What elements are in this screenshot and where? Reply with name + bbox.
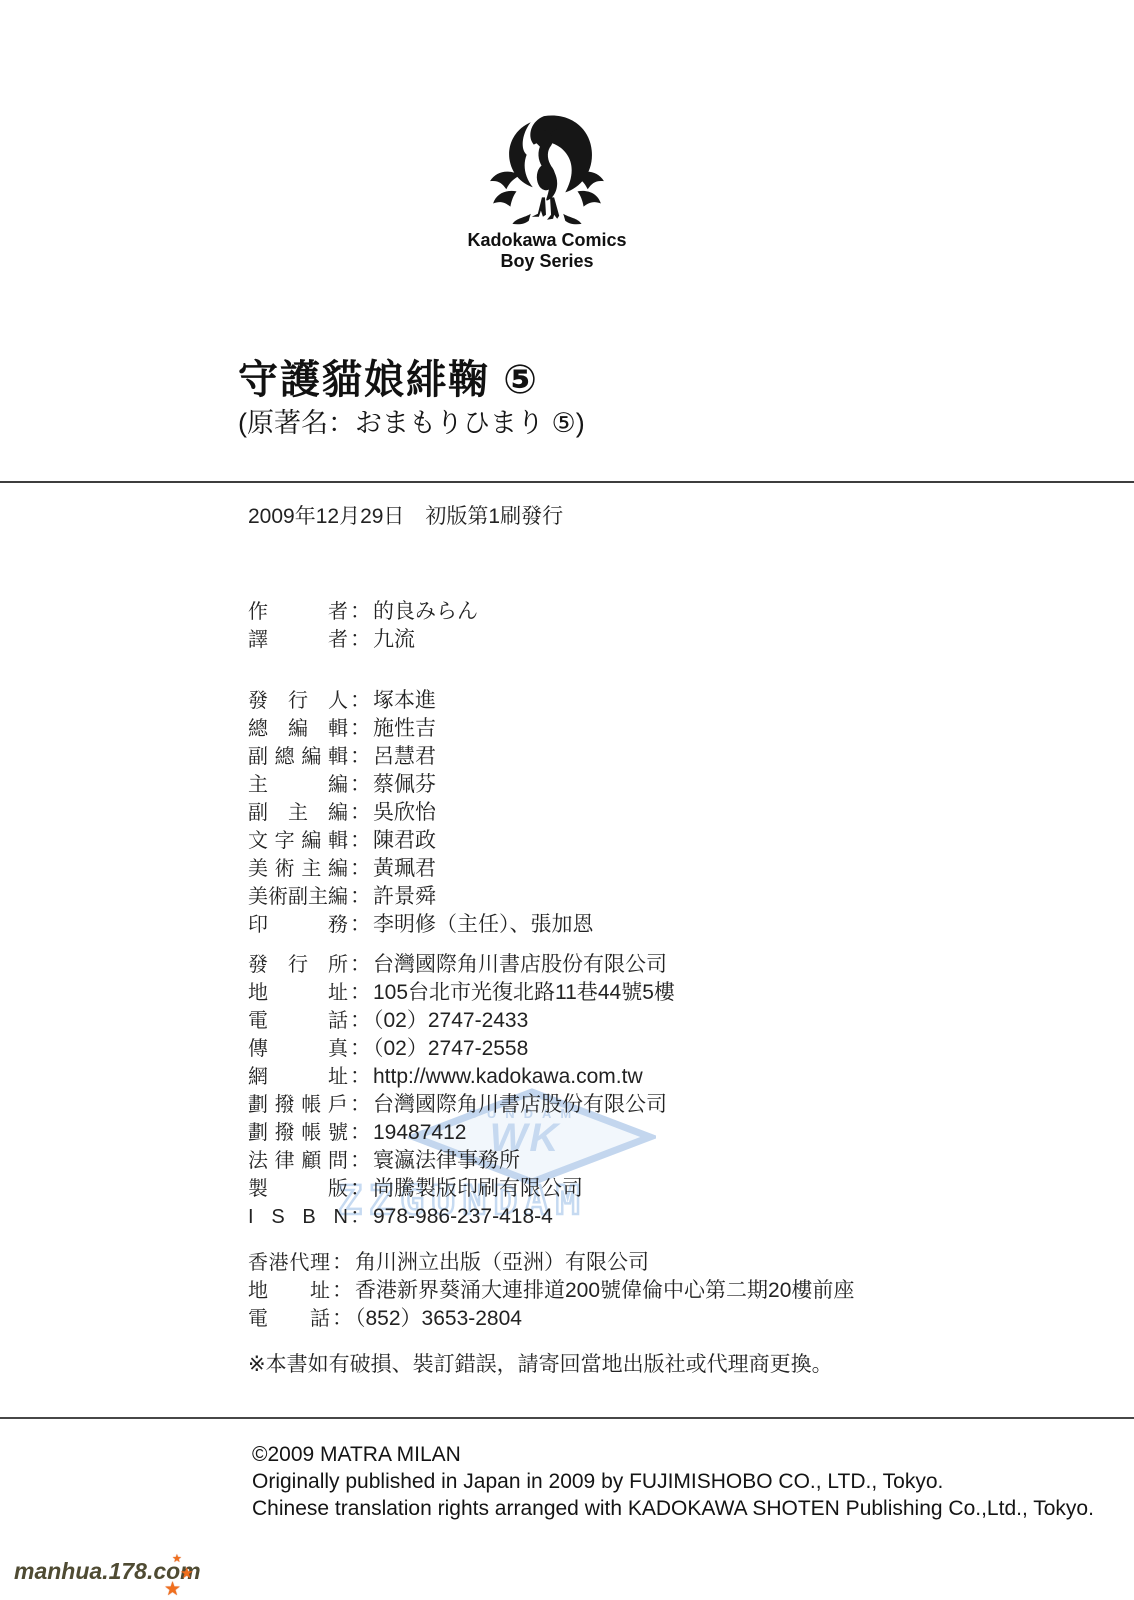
info-row: 電話：（852）3653-2804 — [248, 1305, 854, 1333]
copyright-line: Originally published in Japan in 2009 by… — [252, 1468, 1094, 1495]
field-value: 105台北市光復北路11巷44號5樓 — [373, 981, 675, 1004]
kadokawa-phoenix-icon — [486, 112, 608, 230]
separator: ： — [348, 829, 373, 852]
credit-row: 文字編輯：陳君政 — [248, 827, 854, 855]
field-label: 香港代理 — [248, 1250, 330, 1277]
info-row: 網址：http://www.kadokawa.com.tw — [248, 1063, 854, 1091]
field-value: 角川洲立出版（亞洲）有限公司 — [355, 1251, 649, 1274]
separator: ： — [330, 1279, 355, 1302]
separator: ： — [348, 885, 373, 908]
field-value: 吳欣怡 — [373, 801, 436, 824]
info-row: 法律顧問：寰瀛法律事務所 — [248, 1147, 854, 1175]
field-label: 電話 — [248, 1306, 330, 1333]
replacement-note: ※本書如有破損、裝訂錯誤，請寄回當地出版社或代理商更換。 — [248, 1351, 854, 1378]
isbn-row: I S B N：978-986-237-418-4 — [248, 1203, 854, 1231]
field-value: 呂慧君 — [373, 745, 436, 768]
separator: ： — [348, 1149, 373, 1172]
separator: ： — [348, 717, 373, 740]
field-value: 台灣國際角川書店股份有限公司 — [373, 1093, 667, 1116]
colophon-page: GUNDAM WK ZZGUNDAM — [0, 0, 1134, 1600]
field-label: 印務 — [248, 912, 348, 939]
info-row: 劃撥帳戶：台灣國際角川書店股份有限公司 — [248, 1091, 854, 1119]
field-value: 黃珮君 — [373, 857, 436, 880]
hk-agent-info: 香港代理：角川洲立出版（亞洲）有限公司 地址：香港新界葵涌大連排道200號偉倫中… — [248, 1249, 854, 1333]
title-block: 守護貓娘緋鞠 ⑤ (原著名：おまもりひまり ⑤) — [238, 356, 585, 440]
bottom-divider — [0, 1417, 1134, 1419]
colophon-body: 2009年12月29日 初版第1刷發行 作者：的良みらん 譯者：九流 發行人：塚… — [248, 503, 854, 1378]
site-watermark: manhua.178.com ★ ★ ★ — [14, 1558, 201, 1585]
separator: ： — [348, 1121, 373, 1144]
field-label: 地址 — [248, 980, 348, 1007]
field-value: 寰瀛法律事務所 — [373, 1149, 520, 1172]
field-value: 香港新界葵涌大連排道200號偉倫中心第二期20樓前座 — [355, 1279, 854, 1302]
publisher-info: 發行所：台灣國際角川書店股份有限公司 地址：105台北市光復北路11巷44號5樓… — [248, 951, 854, 1231]
field-label: 譯者 — [248, 627, 348, 654]
field-label: 作者 — [248, 599, 348, 626]
separator: ： — [348, 628, 373, 651]
field-label: 地址 — [248, 1278, 330, 1305]
field-label: 發行人 — [248, 688, 348, 715]
info-row: 地址：香港新界葵涌大連排道200號偉倫中心第二期20樓前座 — [248, 1277, 854, 1305]
separator: ： — [348, 689, 373, 712]
field-label: 傳真 — [248, 1036, 348, 1063]
credit-row: 印務：李明修（主任）、張加恩 — [248, 911, 854, 939]
field-value: 塚本進 — [373, 689, 436, 712]
field-label: 副總編輯 — [248, 744, 348, 771]
field-value: 李明修（主任）、張加恩 — [373, 913, 594, 936]
separator: ： — [348, 1205, 373, 1228]
separator: ： — [330, 1251, 355, 1274]
credit-row: 美術副主編：許景舜 — [248, 883, 854, 911]
separator: ： — [348, 745, 373, 768]
separator: ： — [348, 1093, 373, 1116]
copyright-line: Chinese translation rights arranged with… — [252, 1495, 1094, 1522]
separator: ： — [348, 913, 373, 936]
author-credits: 作者：的良みらん 譯者：九流 — [248, 598, 854, 654]
field-label: I S B N — [248, 1204, 348, 1231]
field-label: 劃撥帳號 — [248, 1120, 348, 1147]
field-value: 許景舜 — [373, 885, 436, 908]
original-title: (原著名：おまもりひまり ⑤) — [238, 406, 585, 440]
credit-row: 發行人：塚本進 — [248, 687, 854, 715]
field-value: （02）2747-2433 — [373, 1009, 528, 1032]
separator: ： — [348, 1177, 373, 1200]
info-row: 香港代理：角川洲立出版（亞洲）有限公司 — [248, 1249, 854, 1277]
field-value: 台灣國際角川書店股份有限公司 — [373, 953, 667, 976]
field-value: 蔡佩芬 — [373, 773, 436, 796]
star-icon: ★ — [172, 1554, 182, 1565]
logo-series-line2: Boy Series — [402, 251, 692, 272]
field-value: 尚騰製版印刷有限公司 — [373, 1177, 583, 1200]
field-label: 發行所 — [248, 952, 348, 979]
info-row: 地址：105台北市光復北路11巷44號5樓 — [248, 979, 854, 1007]
info-row: 傳真：（02）2747-2558 — [248, 1035, 854, 1063]
field-label: 總編輯 — [248, 716, 348, 743]
field-value: 九流 — [373, 628, 415, 651]
copyright-block: ©2009 MATRA MILAN Originally published i… — [252, 1441, 1094, 1522]
field-label: 法律顧問 — [248, 1148, 348, 1175]
isbn-value: 978-986-237-418-4 — [373, 1205, 553, 1228]
credit-row: 美術主編：黃珮君 — [248, 855, 854, 883]
logo-series-line1: Kadokawa Comics — [402, 230, 692, 251]
star-icon: ★ — [164, 1580, 181, 1599]
field-value: （852）3653-2804 — [355, 1307, 522, 1330]
staff-credits: 發行人：塚本進 總編輯：施性吉 副總編輯：呂慧君 主編：蔡佩芬 副主編：吳欣怡 … — [248, 687, 854, 939]
separator: ： — [348, 801, 373, 824]
field-value: 的良みらん — [373, 600, 478, 623]
field-label: 電話 — [248, 1008, 348, 1035]
field-value: 19487412 — [373, 1121, 466, 1144]
credit-row: 譯者：九流 — [248, 626, 854, 654]
separator: ： — [348, 1009, 373, 1032]
separator: ： — [348, 600, 373, 623]
separator: ： — [348, 981, 373, 1004]
field-label: 劃撥帳戶 — [248, 1092, 348, 1119]
separator: ： — [330, 1307, 355, 1330]
field-label: 副主編 — [248, 800, 348, 827]
website-url: http://www.kadokawa.com.tw — [373, 1065, 643, 1088]
separator: ： — [348, 1065, 373, 1088]
info-row: 劃撥帳號：19487412 — [248, 1119, 854, 1147]
separator: ： — [348, 1037, 373, 1060]
field-label: 製版 — [248, 1176, 348, 1203]
separator: ： — [348, 857, 373, 880]
credit-row: 作者：的良みらん — [248, 598, 854, 626]
field-value: 陳君政 — [373, 829, 436, 852]
credit-row: 總編輯：施性吉 — [248, 715, 854, 743]
field-value: （02）2747-2558 — [373, 1037, 528, 1060]
separator: ： — [348, 773, 373, 796]
info-row: 發行所：台灣國際角川書店股份有限公司 — [248, 951, 854, 979]
credit-row: 副總編輯：呂慧君 — [248, 743, 854, 771]
field-label: 美術副主編 — [248, 884, 348, 911]
top-divider — [0, 481, 1134, 483]
field-label: 文字編輯 — [248, 828, 348, 855]
credit-row: 主編：蔡佩芬 — [248, 771, 854, 799]
book-title: 守護貓娘緋鞠 ⑤ — [238, 356, 585, 404]
info-row: 製版：尚騰製版印刷有限公司 — [248, 1175, 854, 1203]
publisher-logo: Kadokawa Comics Boy Series — [402, 112, 692, 272]
edition-date: 2009年12月29日 初版第1刷發行 — [248, 503, 854, 530]
star-icon: ★ — [180, 1566, 193, 1581]
field-label: 美術主編 — [248, 856, 348, 883]
info-row: 電話：（02）2747-2433 — [248, 1007, 854, 1035]
copyright-line: ©2009 MATRA MILAN — [252, 1441, 1094, 1468]
field-value: 施性吉 — [373, 717, 436, 740]
separator: ： — [348, 953, 373, 976]
credit-row: 副主編：吳欣怡 — [248, 799, 854, 827]
field-label: 網址 — [248, 1064, 348, 1091]
field-label: 主編 — [248, 772, 348, 799]
